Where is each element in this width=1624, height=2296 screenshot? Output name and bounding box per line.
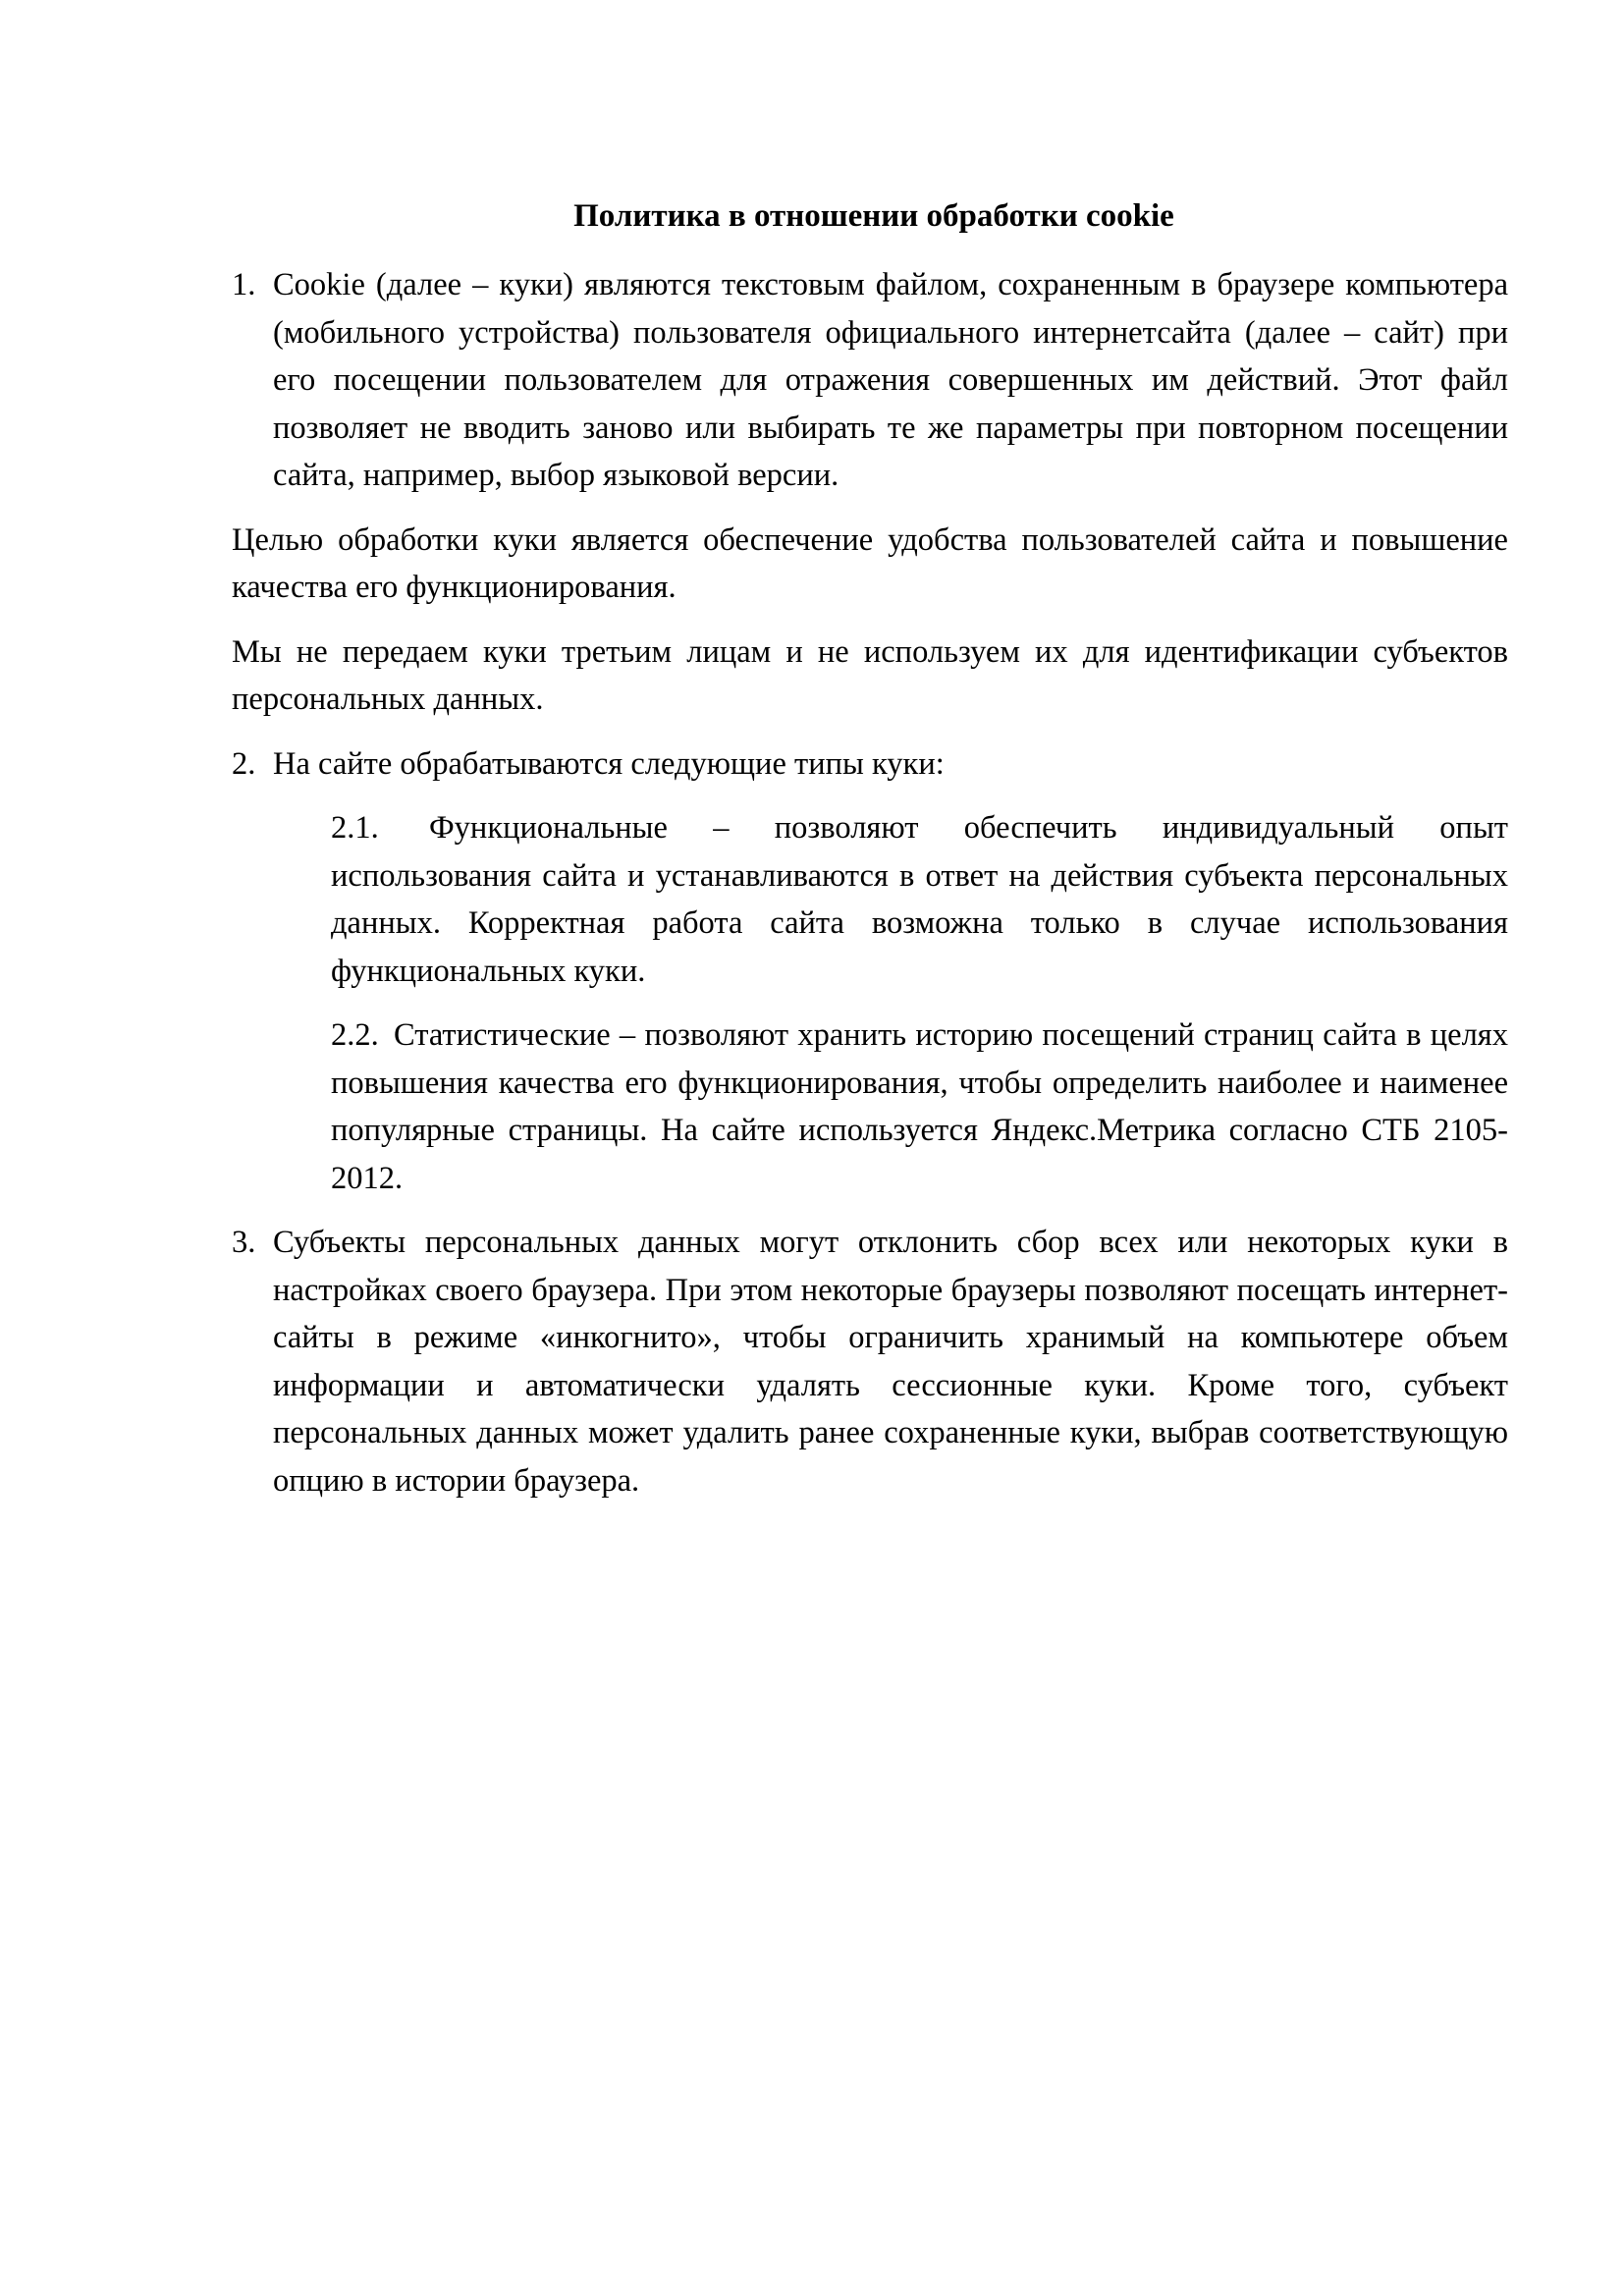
section-2-number: 2.: [232, 740, 273, 789]
section-2-text: На сайте обрабатываются следующие типы к…: [273, 740, 1508, 789]
section-1-number: 1.: [232, 261, 273, 500]
section-3-text: Субъекты персональных данных могут откло…: [273, 1219, 1508, 1504]
section-1: 1. Cookie (далее – куки) являются тексто…: [232, 261, 1508, 500]
subsection-2-1-number: 2.1.: [331, 804, 429, 852]
subsection-2-2-text: Статистические – позволяют хранить истор…: [331, 1017, 1508, 1196]
third-party-paragraph: Мы не передаем куки третьим лицам и не и…: [232, 629, 1508, 724]
document-page: Политика в отношении обработки cookie 1.…: [232, 192, 1508, 1521]
section-1-text: Cookie (далее – куки) являются текстовым…: [273, 261, 1508, 500]
subsection-2-1-text: Функциональные – позволяют обеспечить ин…: [331, 810, 1508, 989]
subsection-2-1: 2.1.Функциональные – позволяют обеспечит…: [331, 804, 1508, 995]
subsection-2-2-number: 2.2.: [331, 1011, 394, 1060]
subsection-2-2: 2.2.Статистические – позволяют хранить и…: [331, 1011, 1508, 1202]
purpose-paragraph: Целью обработки куки является обеспечени…: [232, 517, 1508, 612]
section-3-number: 3.: [232, 1219, 273, 1504]
section-3: 3. Субъекты персональных данных могут от…: [232, 1219, 1508, 1504]
section-2: 2. На сайте обрабатываются следующие тип…: [232, 740, 1508, 789]
document-title: Политика в отношении обработки cookie: [232, 192, 1508, 240]
